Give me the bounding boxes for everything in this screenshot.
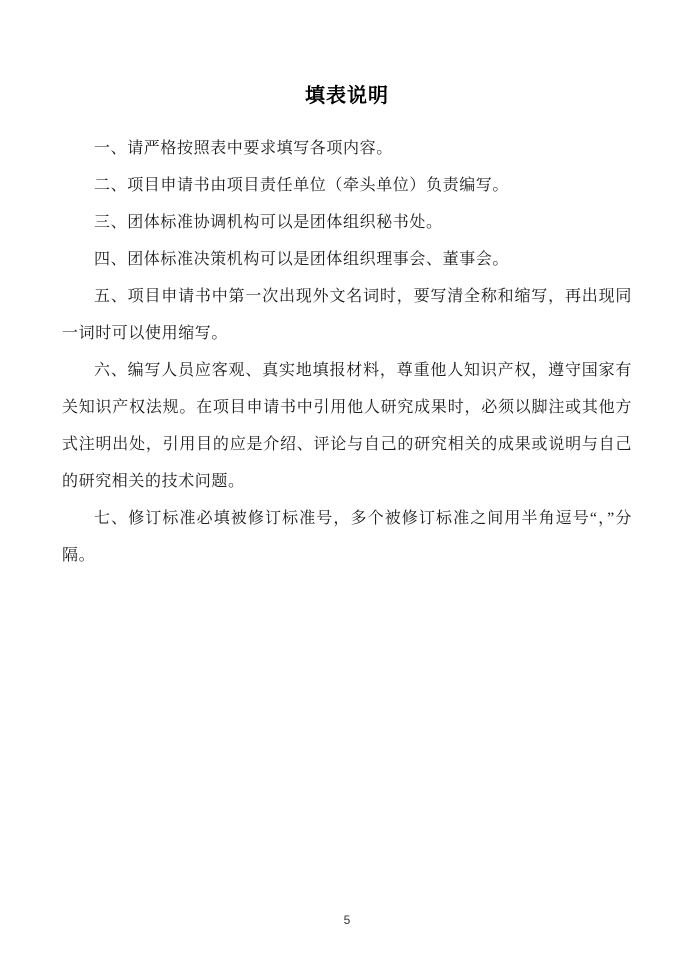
instruction-paragraph-3: 三、团体标准协调机构可以是团体组织秘书处。: [62, 204, 632, 241]
instruction-paragraph-2: 二、项目申请书由项目责任单位（牵头单位）负责编写。: [62, 167, 632, 204]
page-title: 填表说明: [62, 84, 632, 108]
page-number: 5: [344, 913, 351, 927]
instructions-body: 一、请严格按照表中要求填写各项内容。 二、项目申请书由项目责任单位（牵头单位）负…: [62, 130, 632, 574]
instruction-paragraph-5: 五、项目申请书中第一次出现外文名词时，要写清全称和缩写，再出现同一词时可以使用缩…: [62, 278, 632, 352]
document-page: 填表说明 一、请严格按照表中要求填写各项内容。 二、项目申请书由项目责任单位（牵…: [0, 0, 694, 980]
instruction-paragraph-6: 六、编写人员应客观、真实地填报材料，尊重他人知识产权，遵守国家有关知识产权法规。…: [62, 352, 632, 500]
instruction-paragraph-7: 七、修订标准必填被修订标准号，多个被修订标准之间用半角逗号“，”分隔。: [62, 500, 632, 574]
page-footer: 5: [0, 912, 694, 928]
instruction-paragraph-4: 四、团体标准决策机构可以是团体组织理事会、董事会。: [62, 241, 632, 278]
instruction-paragraph-1: 一、请严格按照表中要求填写各项内容。: [62, 130, 632, 167]
